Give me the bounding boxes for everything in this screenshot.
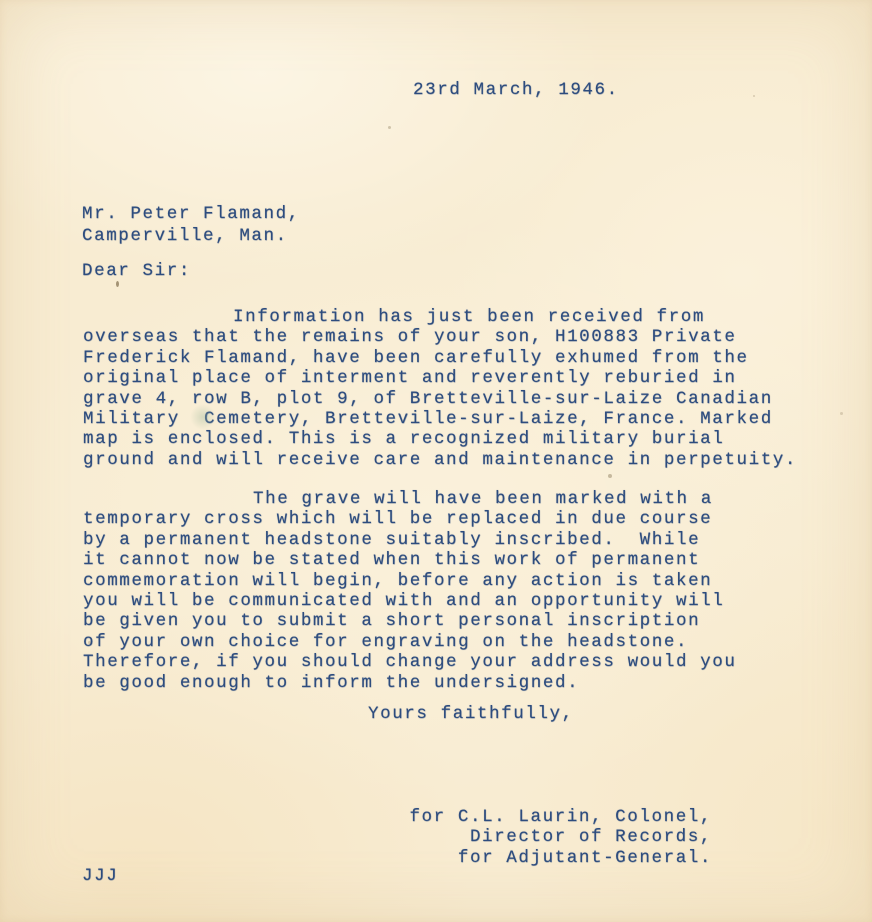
complimentary-close: Yours faithfully, [368, 704, 574, 724]
letter-date: 23rd March, 1946. [413, 80, 619, 100]
paper-speck [608, 474, 612, 478]
paper-speck [116, 281, 119, 287]
body-paragraph-2: The grave will have been marked with a t… [83, 489, 823, 693]
salutation: Dear Sir: [82, 261, 191, 281]
typist-initials: JJJ [82, 866, 118, 886]
letter-page: 23rd March, 1946. Mr. Peter Flamand, Cam… [0, 0, 872, 922]
paper-speck [840, 412, 843, 415]
signature-block: for C.L. Laurin, Colonel, Director of Re… [409, 807, 712, 868]
body-paragraph-1: Information has just been received from … [83, 307, 823, 470]
paper-speck [753, 95, 755, 97]
paper-speck [388, 126, 391, 129]
paper-speck [88, 641, 91, 644]
recipient-address: Mr. Peter Flamand, Camperville, Man. [82, 204, 300, 247]
correction-smudge [190, 404, 216, 430]
